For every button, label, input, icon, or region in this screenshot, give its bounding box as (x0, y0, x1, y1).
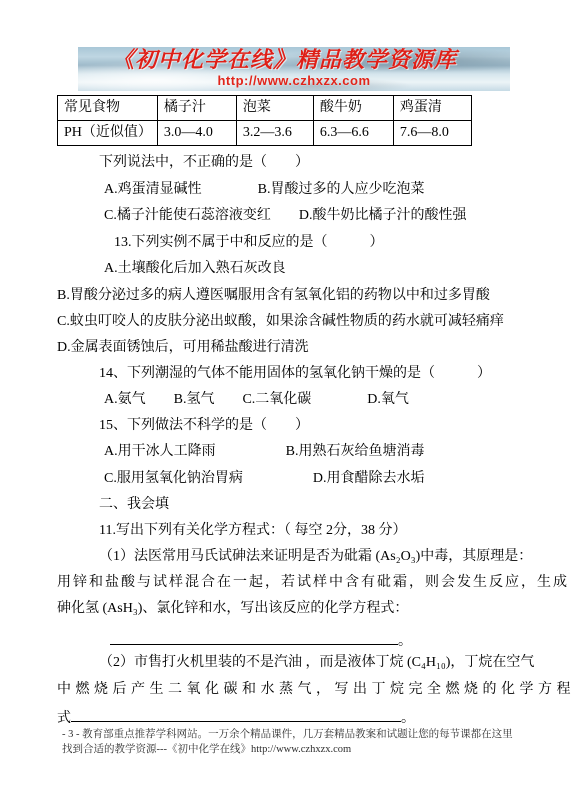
answer-blank-line: 。 (110, 630, 412, 651)
option-line: C.服用氢氧化钠治胃病 D.用食醋除去水垢 (104, 470, 424, 488)
answer-blank (71, 707, 401, 722)
value-cell: 6.3—6.6 (313, 121, 393, 146)
value-cell: PH（近似值） (58, 121, 158, 146)
question-line: 砷化氢 (AsH₃)、氯化锌和水，写出该反应的化学方程式： (57, 600, 408, 618)
answer-blank (110, 630, 398, 645)
page-footer-line2: 找到合适的教学资源---《初中化学在线》http://www.czhxzx.co… (62, 743, 522, 757)
page-footer-line1: - 3 - 教育部重点推荐学科网站。一万余个精品课件，几万套精品教案和试题让您的… (62, 728, 522, 742)
option-line: C.蚊虫叮咬人的皮肤分泌出蚁酸，如果涂含碱性物质的药水就可减轻痛痒 (57, 313, 504, 331)
site-banner: 《初中化学在线》精品教学资源库 http://www.czhxzx.com (78, 47, 510, 91)
exam-document-page: 《初中化学在线》精品教学资源库 http://www.czhxzx.com 常见… (0, 0, 573, 810)
value-cell: 3.2—3.6 (236, 121, 313, 146)
header-cell: 鸡蛋清 (393, 96, 471, 121)
section-heading: 二、我会填 (99, 496, 169, 514)
table-header-row: 常见食物 橘子汁 泡菜 酸牛奶 鸡蛋清 (58, 96, 472, 121)
value-cell: 3.0—4.0 (157, 121, 236, 146)
blank-period: 。 (401, 711, 415, 726)
option-line: A.氨气 B.氢气 C.二氧化碳 D.氧气 (104, 391, 409, 409)
banner-url: http://www.czhxzx.com (78, 73, 510, 89)
header-cell: 酸牛奶 (313, 96, 393, 121)
blank-period: 。 (398, 634, 412, 649)
food-ph-table: 常见食物 橘子汁 泡菜 酸牛奶 鸡蛋清 PH（近似值） 3.0—4.0 3.2—… (57, 95, 472, 146)
option-line: C.橘子汁能使石蕊溶液变红 D.酸牛奶比橘子汁的酸性强 (104, 207, 466, 225)
question-line: 中燃烧后产生二氧化碳和水蒸气，写出丁烷完全燃烧的化学方程 (57, 681, 573, 699)
option-line: B.胃酸分泌过多的病人遵医嘱服用含有氢氧化铝的药物以中和过多胃酸 (57, 287, 490, 305)
header-cell: 泡菜 (236, 96, 313, 121)
question-line: （2）市售打火机里装的不是汽油 ，而是液体丁烷 (C₄H₁₀)，丁烷在空气 (99, 654, 534, 672)
option-line: A.用干冰人工降雨 B.用熟石灰给鱼塘消毒 (104, 443, 424, 461)
question-line: 用锌和盐酸与试样混合在一起，若试样中含有砒霜，则会发生反应，生成 (57, 574, 569, 592)
value-cell: 7.6—8.0 (393, 121, 471, 146)
banner-title: 《初中化学在线》精品教学资源库 (112, 48, 510, 72)
question-line: 下列说法中，不正确的是（ ） (99, 154, 309, 172)
question-line: （1）法医常用马氏试砷法来证明是否为砒霜 (As₂O₃)中毒，其原理是： (99, 548, 532, 566)
header-cell: 常见食物 (58, 96, 158, 121)
answer-blank-line: 式。 (57, 707, 415, 728)
option-line: A.土壤酸化后加入熟石灰改良 (104, 260, 286, 278)
question-line: 14、下列潮湿的气体不能用固体的氢氧化钠干燥的是（ ） (99, 365, 491, 383)
blank-lead-char: 式 (57, 711, 71, 726)
option-line: D.金属表面锈蚀后，可用稀盐酸进行清洗 (57, 339, 309, 357)
header-cell: 橘子汁 (157, 96, 236, 121)
question-line: 11.写出下列有关化学方程式：（ 每空 2分，38 分） (99, 522, 406, 540)
question-line: 15、下列做法不科学的是（ ） (99, 417, 309, 435)
option-line: A.鸡蛋清显碱性 B.胃酸过多的人应少吃泡菜 (104, 181, 424, 199)
table-value-row: PH（近似值） 3.0—4.0 3.2—3.6 6.3—6.6 7.6—8.0 (58, 121, 472, 146)
question-line: 13.下列实例不属于中和反应的是（ ） (114, 234, 384, 252)
